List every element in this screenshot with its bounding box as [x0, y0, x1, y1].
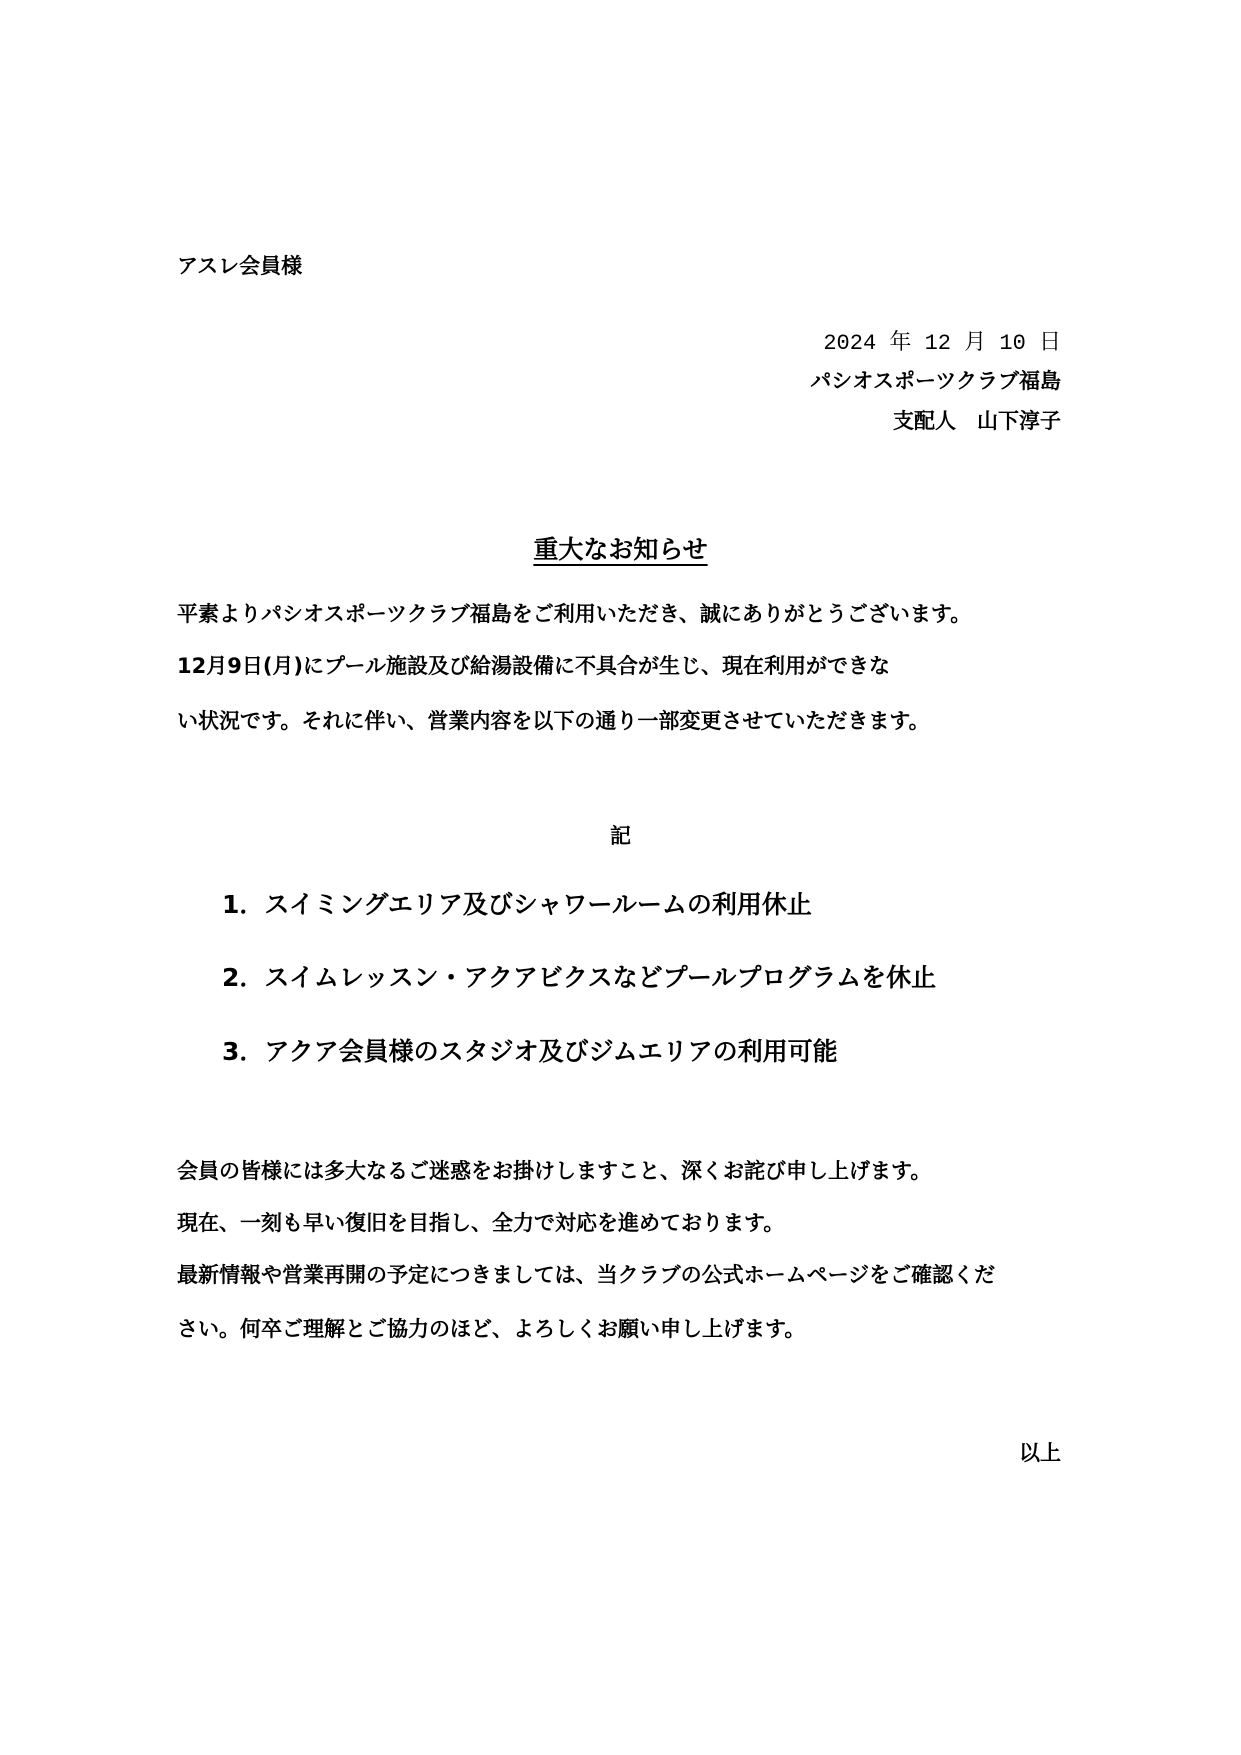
list-item: 2．スイムレッスン・アクアビクスなどプールプログラムを休止 — [222, 958, 936, 994]
addressee: アスレ会員様 — [177, 250, 302, 280]
closing-mark: 以上 — [1019, 1437, 1061, 1467]
intro-line: 12月9日(月)にプール施設及び給湯設備に不具合が生じ、現在利用ができな — [177, 650, 890, 680]
closing-line: 会員の皆様には多大なるご迷惑をお掛けしますこと、深くお詫び申し上げます。 — [177, 1155, 931, 1185]
closing-line: さい。何卒ご理解とご協力のほど、よろしくお願い申し上げます。 — [177, 1313, 805, 1343]
list-item: 3．アクア会員様のスタジオ及びジムエリアの利用可能 — [222, 1032, 838, 1068]
ki-heading: 記 — [0, 820, 1241, 850]
intro-line: い状況です。それに伴い、営業内容を以下の通り一部変更させていただきます。 — [177, 705, 930, 735]
sender-organization: パシオスポーツクラブ福島 — [810, 365, 1061, 395]
notice-date: 2024 年 12 月 10 日 — [823, 325, 1061, 356]
list-item: 1．スイミングエリア及びシャワールームの利用休止 — [222, 885, 812, 921]
closing-line: 最新情報や営業再開の予定につきましては、当クラブの公式ホームページをご確認くだ — [177, 1259, 995, 1289]
closing-line: 現在、一刻も早い復旧を目指し、全力で対応を進めております。 — [177, 1207, 784, 1237]
sender-manager: 支配人 山下淳子 — [893, 405, 1061, 435]
notice-title: 重大なお知らせ — [0, 530, 1241, 566]
intro-line: 平素よりパシオスポーツクラブ福島をご利用いただき、誠にありがとうございます。 — [177, 598, 971, 628]
